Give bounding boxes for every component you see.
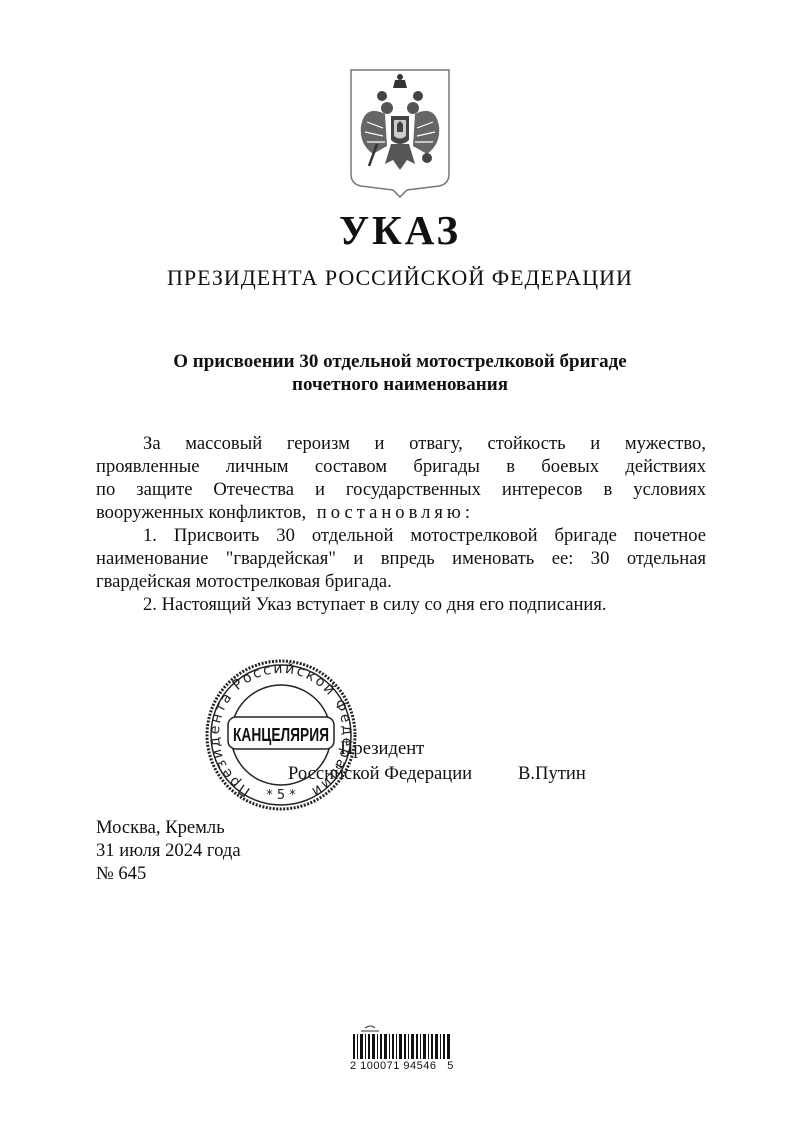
- clause-1-line-2: наименование "гвардейская" и впредь имен…: [96, 547, 706, 570]
- heading-line-1: О присвоении 30 отдельной мотострелковой…: [0, 350, 800, 373]
- document-title: УКАЗ: [0, 205, 800, 255]
- stamp-number: * 5 *: [266, 788, 296, 803]
- preamble-line-2: проявленные личным составом бригады в бо…: [96, 455, 706, 478]
- barcode-number: 2 100071 94546 5: [350, 1060, 454, 1072]
- preamble-line-3: по защите Отечества и государственных ин…: [96, 478, 706, 501]
- date: 31 июля 2024 года: [96, 839, 241, 862]
- decree-word: постановляю:: [317, 502, 474, 523]
- coat-of-arms-icon: [347, 66, 453, 198]
- clause-2: 2. Настоящий Указ вступает в силу со дня…: [143, 593, 706, 616]
- stamp-center-text: КАНЦЕЛЯРИЯ: [233, 725, 329, 745]
- clause-1-line-3: гвардейская мотострелковая бригада.: [96, 570, 706, 593]
- preamble-line-4: вооруженных конфликтов, постановляю:: [96, 501, 706, 524]
- decree-heading: О присвоении 30 отдельной мотострелковой…: [0, 350, 800, 396]
- official-stamp: Президента Российской Федерации КАНЦЕЛЯР…: [200, 657, 362, 813]
- clause-1-line-1: 1. Присвоить 30 отдельной мотострелковой…: [143, 524, 706, 547]
- heading-line-2: почетного наименования: [0, 373, 800, 396]
- signatory-name: В.Путин: [518, 763, 586, 785]
- preamble-line-1: За массовый героизм и отвагу, стойкость …: [143, 432, 706, 455]
- document-subtitle: ПРЕЗИДЕНТА РОССИЙСКОЙ ФЕДЕРАЦИИ: [0, 263, 800, 293]
- preamble-line-4-text: вооруженных конфликтов,: [96, 502, 306, 523]
- barcode-icon: [351, 1025, 461, 1081]
- place: Москва, Кремль: [96, 816, 225, 839]
- decree-number: № 645: [96, 862, 146, 885]
